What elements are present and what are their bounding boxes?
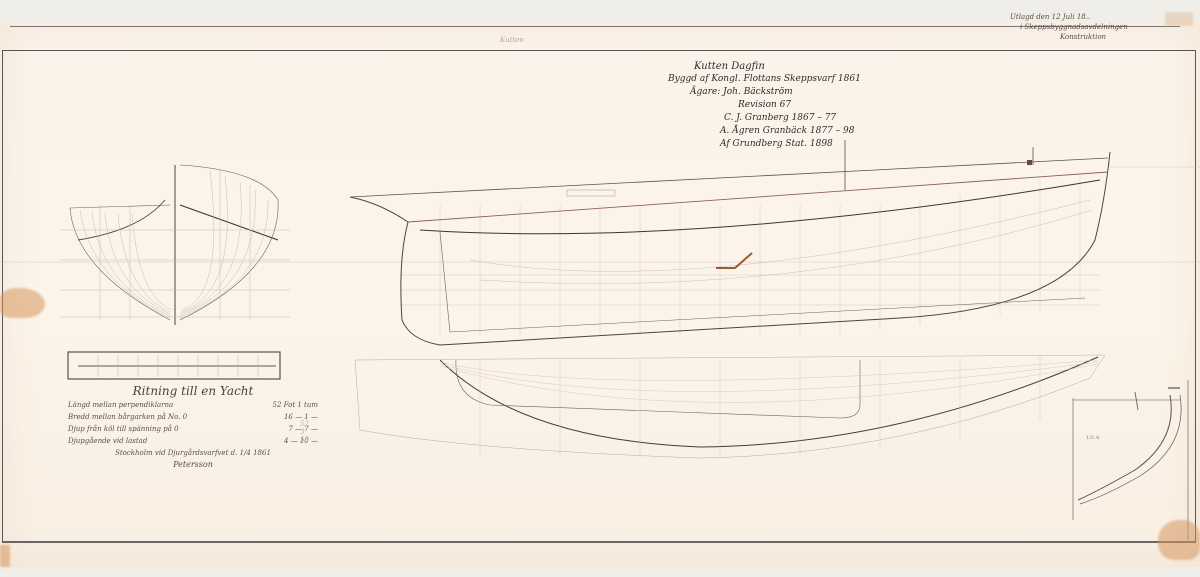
margin-number: 55 (300, 436, 309, 444)
title-line: C. J. Granberg 1867 – 77 (668, 112, 878, 125)
title-line: Af Grundberg Stat. 1898 (668, 138, 878, 151)
margin-numbers: 52 3 55 (300, 420, 309, 444)
legend-row: Djupgående vid lastad 4 — 10 — (68, 435, 318, 447)
ship-lines-drawing (0, 0, 1200, 577)
legend-heading: Ritning till en Yacht (68, 385, 318, 397)
corner-note-line: Utlagd den 12 Juli 18.. (1010, 12, 1128, 22)
legend-row: Bredd mellan bårgarken på No. 0 16 — 1 — (68, 411, 318, 423)
body-plan (60, 165, 290, 325)
paper-stain-top-right (1165, 12, 1193, 26)
title-line: A. Ågren Granbäck 1877 – 98 (668, 125, 878, 138)
legend-signature: Petersson (68, 459, 318, 471)
legend-row-value: 52 Fot 1 tum (273, 399, 319, 411)
title-line: Byggd af Kongl. Flottans Skeppsvarf 1861 (668, 73, 878, 86)
corner-note-line: Konstruktion (1010, 32, 1128, 42)
scale-bar (68, 352, 280, 379)
legend-row-label: Djupgående vid lastad (68, 435, 147, 447)
margin-number: 52 (300, 420, 309, 428)
faint-note: Kutten (500, 36, 524, 44)
legend-place-date: Stockholm vid Djurgårdsvarfvet d. 1/4 18… (68, 447, 318, 459)
legend-row-label: Bredd mellan bårgarken på No. 0 (68, 411, 187, 423)
corner-note: Utlagd den 12 Juli 18.. i Skeppsbyggnads… (1010, 12, 1128, 42)
sheer-profile (0, 140, 1200, 345)
corner-note-line: i Skeppsbyggnadsavdelningen (1010, 22, 1128, 32)
paper-stain-bottom-right (1158, 520, 1200, 560)
legend-row: Djup från köl till spänning på 0 7 — 7 — (68, 423, 318, 435)
legend-row-label: Längd mellan perpendiklarna (68, 399, 173, 411)
legend-row-label: Djup från köl till spänning på 0 (68, 423, 179, 435)
paper-stain-bottom-left (0, 545, 10, 567)
half-breadth-plan (355, 355, 1105, 458)
paper-stain-left (0, 288, 45, 318)
title-line: Kutten Dagfin (668, 60, 878, 73)
section-scale-label: 1/2 A (1086, 435, 1099, 441)
title-block: Kutten Dagfin Byggd af Kongl. Flottans S… (668, 60, 878, 151)
legend-block: Ritning till en Yacht Längd mellan perpe… (68, 385, 318, 471)
title-line: Ägare: Joh. Bäckström (668, 86, 878, 99)
midship-section (1073, 380, 1188, 540)
legend-row: Längd mellan perpendiklarna 52 Fot 1 tum (68, 399, 318, 411)
margin-number: 3 (300, 428, 309, 436)
title-line: Revision 67 (668, 99, 878, 112)
